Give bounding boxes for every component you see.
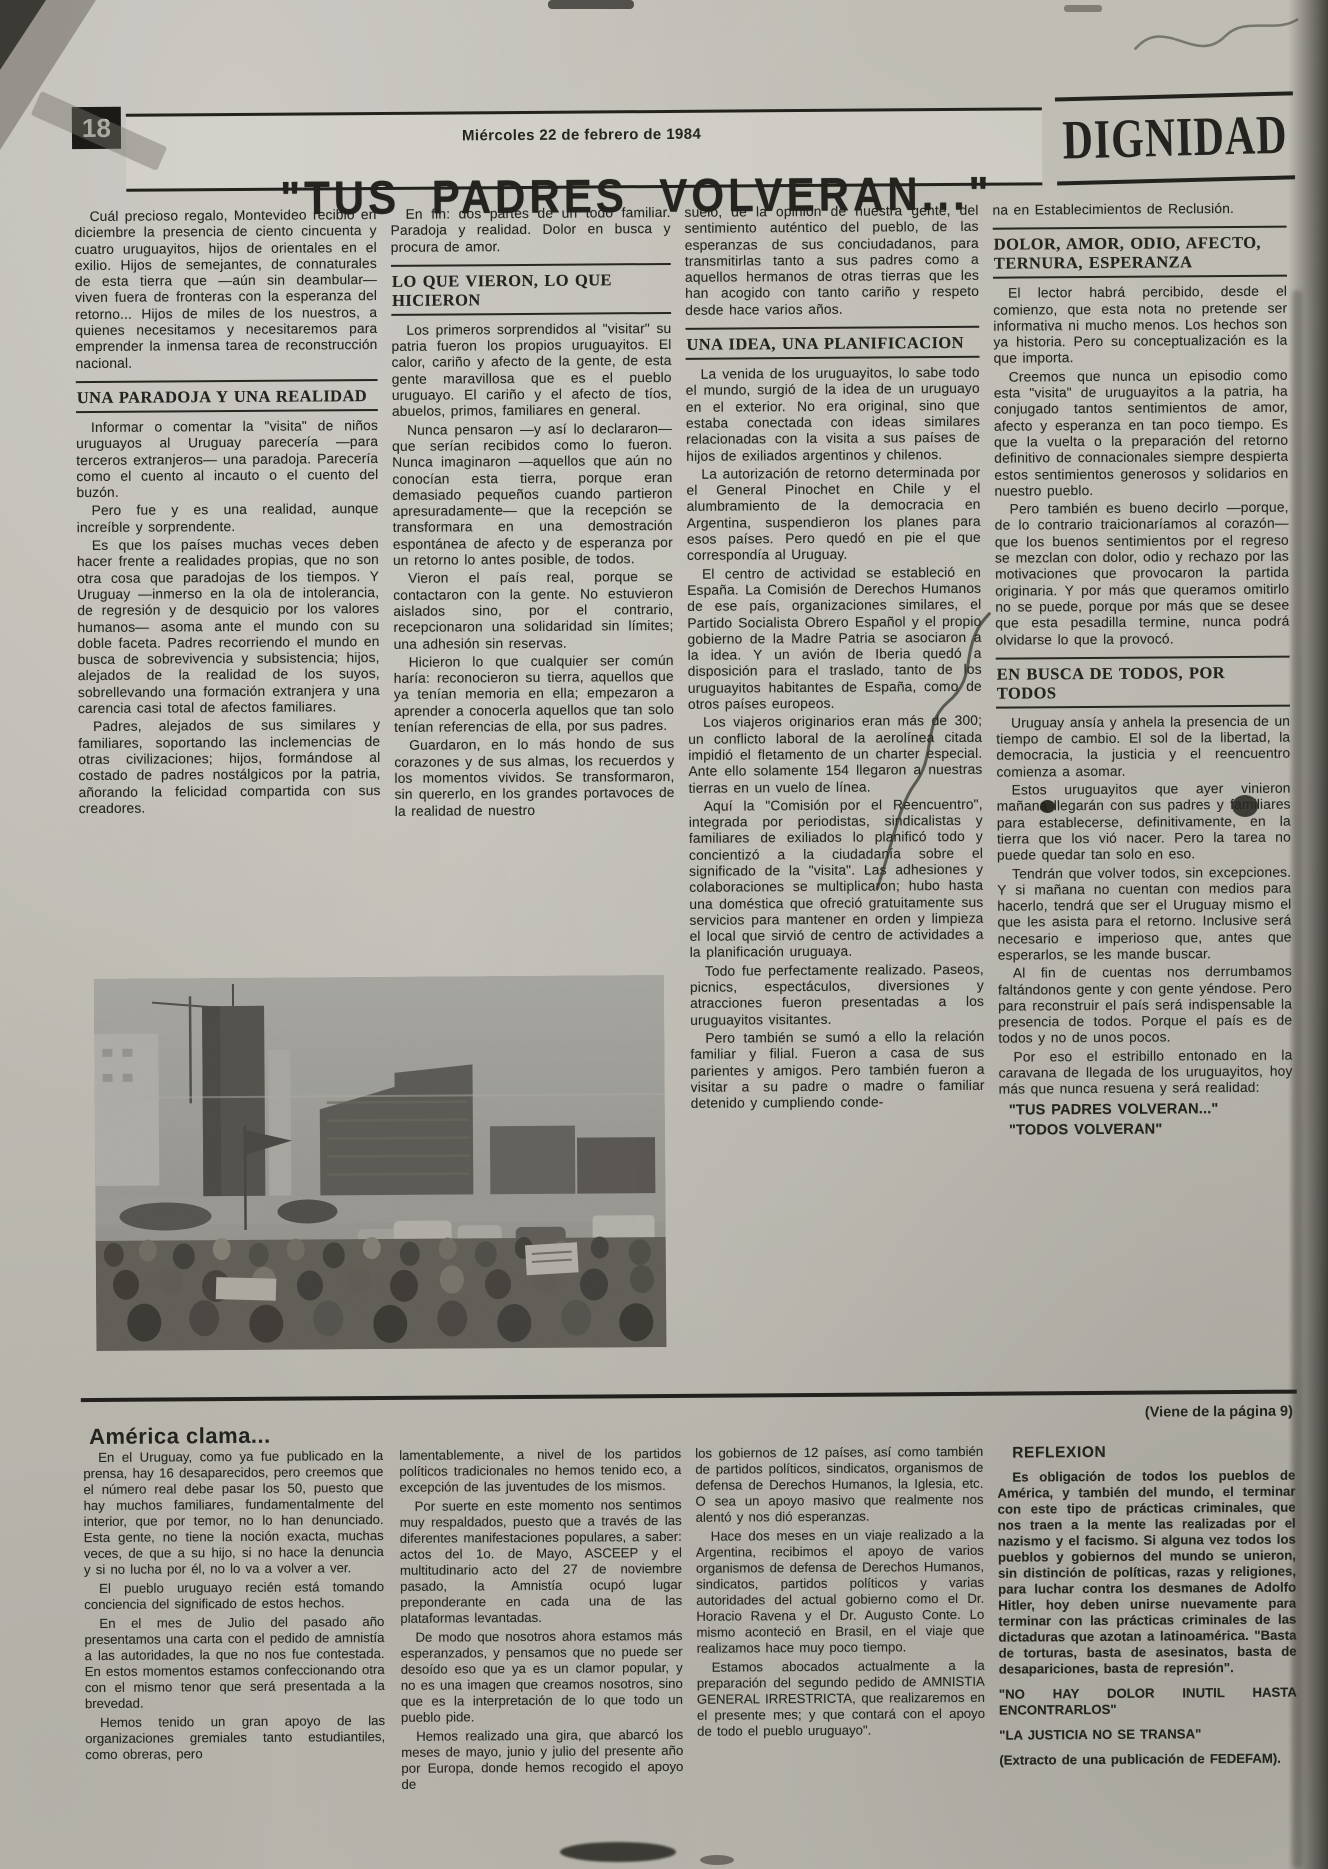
article-paragraph: los gobiernos de 12 países, así como tam…: [695, 1444, 984, 1526]
article-paragraph: Hicieron lo que cualquier ser común harí…: [394, 653, 675, 736]
closing-quote-line: "TODOS VOLVERAN": [999, 1121, 1293, 1139]
article-paragraph: Es obligación de todos los pueblos de Am…: [997, 1468, 1296, 1678]
source-credit: (Extracto de una publicación de FEDEFAM)…: [999, 1751, 1297, 1769]
section-subhead-paradoja: UNA PARADOJA Y UNA REALIDAD: [76, 379, 378, 413]
article-paragraph: La autorización de retorno determinada p…: [686, 465, 981, 565]
article-paragraph: El pueblo uruguayo recién está tomando c…: [84, 1579, 384, 1613]
article-paragraph: Nunca pensaron —y así lo declararon— que…: [392, 421, 673, 570]
continued-from-note: (Viene de la página 9): [985, 1404, 1293, 1422]
second-article-column-2: lamentablemente, a nivel de los partidos…: [399, 1446, 684, 1862]
article-paragraph: Vieron el país real, porque se contactar…: [393, 569, 674, 652]
article-paragraph: Estamos abocados actualmente a la prepar…: [697, 1658, 986, 1740]
article-paragraph: El centro de actividad se estableció en …: [687, 564, 982, 713]
street-crowd-photo: [94, 975, 667, 1351]
article-paragraph: Hemos tenido un gran apoyo de las organi…: [85, 1713, 385, 1763]
article-paragraph: Al fin de cuentas nos derrumbamos faltán…: [998, 964, 1293, 1048]
article-column-4: na en Establecimientos de Reclusión. DOL…: [992, 201, 1294, 1389]
article-paragraph: suelo, de la opinión de nuestra gente, d…: [684, 203, 979, 319]
photo-illustration: [94, 975, 667, 1351]
slogan-quote: "NO HAY DOLOR INUTIL HASTA ENCONTRARLOS": [999, 1685, 1297, 1719]
pen-swirl-mark: [1125, 4, 1306, 85]
article-column-1: Cuál precioso regalo, Montevideo recibió…: [74, 207, 381, 961]
closing-quote-line: "TUS PADRES VOLVERAN...": [999, 1100, 1293, 1118]
page-number: 18: [72, 107, 121, 149]
article-paragraph: Hace dos meses en un viaje realizado a l…: [696, 1527, 985, 1657]
section-divider-rule: [81, 1390, 1297, 1402]
article-paragraph: Estos uruguayitos que ayer vinieron maña…: [997, 781, 1292, 865]
article-paragraph: Los viajeros originarios eran más de 300…: [688, 713, 983, 797]
article-paragraph: Pero también se sumó a ello la relación …: [690, 1029, 985, 1113]
article-paragraph: El lector habrá percibido, desde el comi…: [993, 284, 1288, 368]
article-paragraph: lamentablemente, a nivel de los partidos…: [399, 1446, 681, 1496]
second-article-column-4: REFLEXION Es obligación de todos los pue…: [997, 1442, 1298, 1858]
second-article-column-3: los gobiernos de 12 países, así como tam…: [695, 1444, 986, 1860]
article-paragraph: Todo fue perfectamente realizado. Paseos…: [690, 962, 984, 1029]
section-subhead-idea: UNA IDEA, UNA PLANIFICACION: [685, 326, 979, 360]
article-paragraph: Los primeros sorprendidos al "visitar" s…: [391, 321, 672, 421]
article-paragraph: Informar o comentar la "visita" de niños…: [76, 418, 379, 502]
article-paragraph: Padres, alejados de sus similares y fami…: [78, 717, 381, 817]
article-paragraph: Guardaron, en lo más hondo de sus corazo…: [394, 736, 675, 819]
article-paragraph: Creemos que nunca un episodio como esta …: [994, 367, 1289, 499]
issue-date: Miércoles 22 de febrero de 1984: [462, 126, 701, 145]
section-subhead-reflexion: REFLEXION: [997, 1444, 1295, 1462]
article-paragraph: La venida de los uruguayitos, lo sabe to…: [686, 365, 981, 465]
section-subhead-vieron: LO QUE VIERON, LO QUE HICIERON: [391, 263, 671, 316]
newspaper-page-scan: 18 Miércoles 22 de febrero de 1984 DIGNI…: [0, 0, 1328, 1869]
article-paragraph: Pero también es bueno decirlo —porque, d…: [995, 500, 1290, 649]
masthead-text: DIGNIDAD: [1062, 104, 1289, 173]
article-paragraph: Tendrán que volver todos, sin excepcione…: [997, 864, 1292, 964]
article-paragraph: En el Uruguay, como ya fue publicado en …: [83, 1448, 384, 1578]
article-paragraph: En fin: dos partes de un todo familiar. …: [390, 205, 670, 256]
article-paragraph: De modo que nosotros ahora estamos más e…: [400, 1628, 683, 1726]
article-paragraph: Es que los países muchas veces deben hac…: [77, 536, 380, 717]
article-column-3: suelo, de la opinión de nuestra gente, d…: [684, 203, 986, 1391]
article-paragraph: Cuál precioso regalo, Montevideo recibió…: [74, 207, 377, 372]
second-article-column-1: En el Uruguay, como ya fue publicado en …: [83, 1448, 386, 1864]
article-paragraph: Uruguay ansía y anhela la presencia de u…: [996, 713, 1290, 780]
slogan-quote: "LA JUSTICIA NO SE TRANSA": [999, 1726, 1297, 1744]
section-subhead-busca: EN BUSCA DE TODOS, POR TODOS: [996, 655, 1290, 708]
article-paragraph: En el mes de Julio del pasado año presen…: [84, 1614, 385, 1712]
article-paragraph: Pero fue y es una realidad, aunque incre…: [77, 501, 379, 536]
section-subhead-dolor: DOLOR, AMOR, ODIO, AFECTO, TERNURA, ESPE…: [993, 226, 1287, 279]
page-content: 18 Miércoles 22 de febrero de 1984 DIGNI…: [0, 0, 1328, 1869]
second-article-title: América clama...: [89, 1423, 271, 1450]
article-paragraph: Por suerte en este momento nos sentimos …: [399, 1497, 682, 1627]
article-paragraph: Hemos realizado una gira, que abarcó los…: [401, 1727, 683, 1793]
article-paragraph: Aquí la "Comisión por el Reencuentro", i…: [689, 797, 984, 962]
article-paragraph: na en Establecimientos de Reclusión.: [992, 201, 1286, 219]
article-paragraph: Por eso el estribillo entonado en la car…: [998, 1047, 1292, 1098]
article-column-2: En fin: dos partes de un todo familiar. …: [390, 205, 675, 965]
